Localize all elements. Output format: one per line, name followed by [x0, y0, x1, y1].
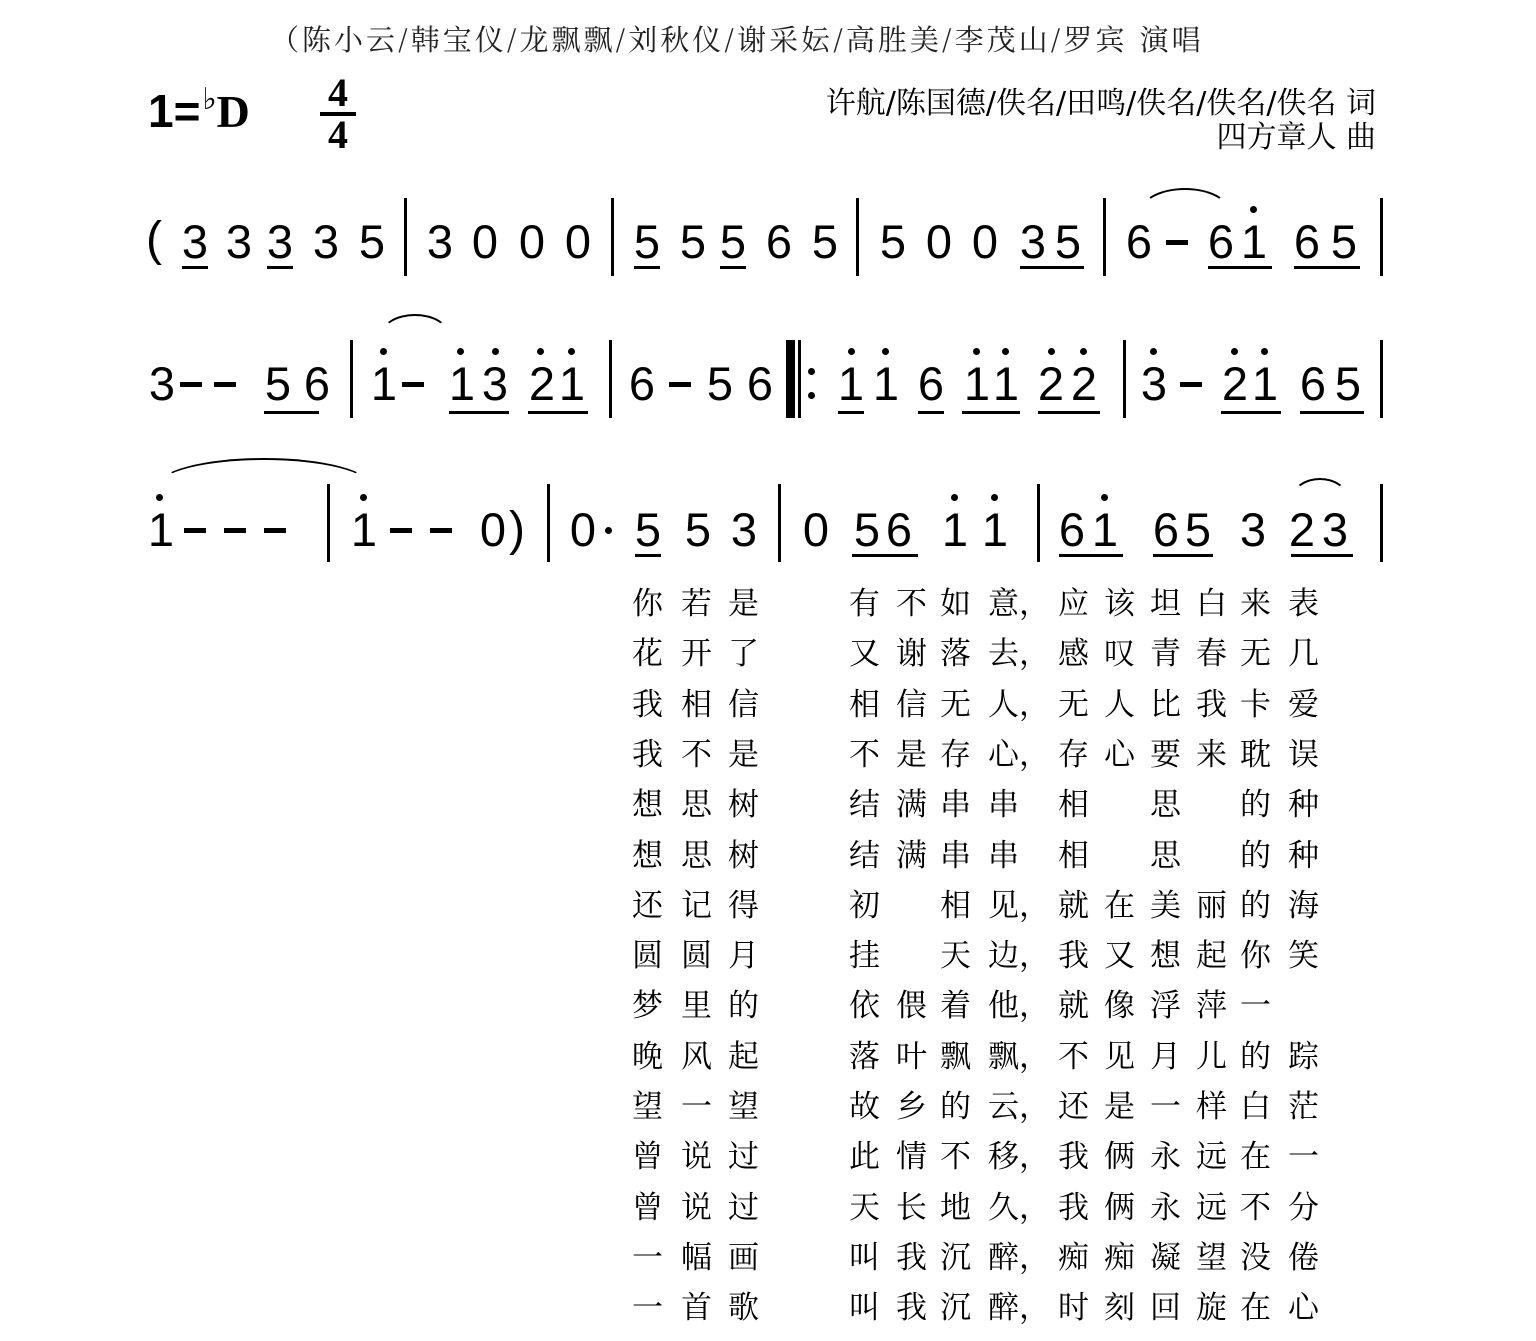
- barline: [547, 484, 550, 562]
- note: 3: [265, 218, 295, 265]
- underline: [264, 411, 319, 414]
- lyric-char: 永: [1150, 1182, 1181, 1227]
- note: 3: [729, 506, 759, 553]
- note: 3: [311, 218, 341, 265]
- lyric-char: 花: [632, 628, 663, 673]
- lyric-char: 相: [940, 880, 971, 925]
- note: 0: [801, 506, 831, 553]
- note: 2: [527, 360, 557, 407]
- lyric-char: 幅: [681, 1232, 712, 1277]
- underline: [449, 411, 509, 414]
- lyric-char: 茫: [1288, 1081, 1319, 1126]
- barline: [327, 484, 330, 562]
- high-octave-dot: [973, 348, 980, 355]
- underline: [962, 411, 1020, 414]
- lyric-char: 叫: [849, 1282, 880, 1327]
- note: 0: [478, 506, 508, 553]
- note: 5: [852, 506, 882, 553]
- lyric-char: 刻: [1104, 1282, 1135, 1327]
- lyric-char: 踪: [1288, 1031, 1319, 1076]
- lyric-char: 初: [849, 880, 880, 925]
- lyric-char: 我: [1196, 679, 1227, 724]
- underline: [1221, 411, 1281, 414]
- dash: [264, 528, 286, 533]
- lyric-char: 里: [681, 980, 712, 1025]
- slur: [380, 314, 450, 336]
- note: 3: [1139, 360, 1169, 407]
- composer-credit: 四方章人 曲: [1216, 112, 1376, 156]
- barline: [609, 340, 612, 418]
- lyric-char: 心: [1288, 1282, 1319, 1327]
- note: 0: [517, 218, 547, 265]
- lyric-char: 满: [896, 830, 927, 875]
- lyric-char: 时: [1058, 1282, 1089, 1327]
- augmentation-dot: [605, 527, 612, 534]
- lyric-char: 凝: [1150, 1232, 1181, 1277]
- barline: [1380, 340, 1383, 418]
- lyric-char: 此: [849, 1131, 880, 1176]
- key-tonic: D: [217, 86, 250, 137]
- lyric-char: 着: [940, 980, 971, 1025]
- lyric-char: 种: [1288, 830, 1319, 875]
- underline: [1208, 266, 1272, 269]
- lyric-char: 萍: [1196, 980, 1227, 1025]
- lyric-char: 望: [632, 1081, 663, 1126]
- dash: [1180, 382, 1202, 387]
- lyric-char: 天: [849, 1182, 880, 1227]
- lyric-char: 无: [1058, 679, 1089, 724]
- lyric-char: 他，: [988, 980, 1050, 1025]
- lyric-char: 旋: [1196, 1282, 1227, 1327]
- lyric-char: 无: [940, 679, 971, 724]
- lyric-char: 望: [1196, 1232, 1227, 1277]
- note: 1: [991, 360, 1021, 407]
- lyric-char: 去，: [988, 628, 1050, 673]
- high-octave-dot: [848, 348, 855, 355]
- lyric-char: 想: [632, 830, 663, 875]
- barline: [778, 484, 781, 562]
- lyric-char: 见: [1104, 1031, 1135, 1076]
- time-signature: 4 4: [318, 74, 358, 154]
- lyric-char: 不: [681, 729, 712, 774]
- lyric-char: 不: [896, 578, 927, 623]
- repeat-start-thin-bar: [798, 340, 801, 418]
- dash: [214, 382, 236, 387]
- lyric-char: 思: [681, 830, 712, 875]
- note: 0: [924, 218, 954, 265]
- lyric-char: 思: [1150, 830, 1181, 875]
- lyric-char: 来: [1240, 578, 1271, 623]
- lyric-char: 圆: [632, 930, 663, 975]
- note: 2: [1069, 360, 1099, 407]
- time-denominator: 4: [318, 116, 358, 154]
- note: 6: [1298, 360, 1328, 407]
- high-octave-dot: [991, 494, 998, 501]
- note: 6: [302, 360, 332, 407]
- lyric-char: 的: [1240, 880, 1271, 925]
- note: 2: [1220, 360, 1250, 407]
- lyric-char: 我: [1058, 930, 1089, 975]
- note: 3: [1238, 506, 1268, 553]
- lyric-char: 长: [896, 1182, 927, 1227]
- note: 2: [1287, 506, 1317, 553]
- high-octave-dot: [1150, 348, 1157, 355]
- lyric-char: 在: [1104, 880, 1135, 925]
- lyric-char: 误: [1288, 729, 1319, 774]
- note: 1: [871, 360, 901, 407]
- lyric-char: 该: [1104, 578, 1135, 623]
- key-prefix: 1=: [148, 85, 200, 137]
- lyric-char: 海: [1288, 880, 1319, 925]
- note: 0: [563, 218, 593, 265]
- lyric-char: 爱: [1288, 679, 1319, 724]
- barline: [1123, 340, 1126, 418]
- lyric-char: 相: [849, 679, 880, 724]
- lyric-char: 几: [1288, 628, 1319, 673]
- lyric-char: 一: [1240, 980, 1271, 1025]
- repeat-dot: [808, 392, 815, 399]
- lyric-char: 圆: [681, 930, 712, 975]
- slur: [1140, 188, 1230, 212]
- high-octave-dot: [380, 348, 387, 355]
- note: 6: [884, 506, 914, 553]
- lyric-char: 串: [988, 830, 1019, 875]
- note: 6: [1292, 218, 1322, 265]
- lyric-char: 我: [896, 1232, 927, 1277]
- performers-credit: （陈小云/韩宝仪/龙飘飘/刘秋仪/谢采妘/高胜美/李茂山/罗宾 演唱: [270, 18, 1204, 59]
- note: 1: [1090, 506, 1120, 553]
- note: 5: [1053, 218, 1083, 265]
- note: 1: [349, 506, 379, 553]
- repeat-dot: [808, 368, 815, 375]
- note: 5: [1329, 218, 1359, 265]
- lyric-char: 沉: [940, 1232, 971, 1277]
- lyric-char: 结: [849, 779, 880, 824]
- lyric-char: 一: [681, 1081, 712, 1126]
- lyric-char: 坦: [1150, 578, 1181, 623]
- lyric-char: 过: [728, 1182, 759, 1227]
- lyric-char: 样: [1196, 1081, 1227, 1126]
- high-octave-dot: [457, 348, 464, 355]
- note: 3: [180, 218, 210, 265]
- lyric-char: 信: [728, 679, 759, 724]
- note: 6: [1057, 506, 1087, 553]
- lyric-char: 浮: [1150, 980, 1181, 1025]
- lyric-char: 耽: [1240, 729, 1271, 774]
- lyric-char: 说: [681, 1182, 712, 1227]
- lyric-char: 人: [1104, 679, 1135, 724]
- note: 3: [425, 218, 455, 265]
- dash: [402, 382, 424, 387]
- barline: [404, 198, 407, 276]
- lyric-char: 我: [1058, 1182, 1089, 1227]
- barline: [1103, 198, 1106, 276]
- repeat-start-thick-bar: [786, 340, 795, 418]
- lyric-char: 就: [1058, 880, 1089, 925]
- dash: [224, 528, 246, 533]
- high-octave-dot: [568, 348, 575, 355]
- lyric-char: 是: [728, 729, 759, 774]
- lyric-char: 还: [632, 880, 663, 925]
- high-octave-dot: [1048, 348, 1055, 355]
- lyric-char: 是: [896, 729, 927, 774]
- lyric-char: 的: [1240, 779, 1271, 824]
- lyric-char: 来: [1196, 729, 1227, 774]
- underline: [1300, 411, 1364, 414]
- lyric-char: 丽: [1196, 880, 1227, 925]
- lyric-char: 风: [681, 1031, 712, 1076]
- time-numerator: 4: [318, 74, 358, 112]
- lyric-char: 的: [1240, 830, 1271, 875]
- note: 1: [836, 360, 866, 407]
- lyric-char: 你: [1240, 930, 1271, 975]
- dash: [1166, 240, 1188, 245]
- lyric-char: 久，: [988, 1182, 1050, 1227]
- lyric-char: 叫: [849, 1232, 880, 1277]
- key-signature: 1=♭D: [148, 84, 250, 138]
- note: 1: [557, 360, 587, 407]
- lyric-char: 人，: [988, 679, 1050, 724]
- lyric-char: 梦: [632, 980, 663, 1025]
- underline: [635, 554, 661, 557]
- lyric-char: 天: [940, 930, 971, 975]
- high-octave-dot: [360, 494, 367, 501]
- lyric-char: 相: [681, 679, 712, 724]
- lyric-char: 我: [632, 679, 663, 724]
- lyric-char: 白: [1240, 1081, 1271, 1126]
- lyric-char: 故: [849, 1081, 880, 1126]
- note: 5: [1333, 360, 1363, 407]
- lyric-char: 月: [1150, 1031, 1181, 1076]
- lyric-char: 不: [940, 1131, 971, 1176]
- lyric-char: 无: [1240, 628, 1271, 673]
- tie: [157, 458, 371, 486]
- lyric-char: 地: [940, 1182, 971, 1227]
- note: 6: [1151, 506, 1181, 553]
- barline: [611, 198, 614, 276]
- lyric-char: 边，: [988, 930, 1050, 975]
- lyric-char: 满: [896, 779, 927, 824]
- lyric-char: 串: [988, 779, 1019, 824]
- lyric-char: 在: [1240, 1131, 1271, 1176]
- barline: [1037, 484, 1040, 562]
- barline: [1380, 198, 1383, 276]
- lyric-char: 我: [632, 729, 663, 774]
- note: 1: [447, 360, 477, 407]
- underline: [1020, 266, 1084, 269]
- lyric-char: 心，: [988, 729, 1050, 774]
- lyric-char: 心: [1104, 729, 1135, 774]
- note: 5: [718, 218, 748, 265]
- lyric-char: 卡: [1240, 679, 1271, 724]
- high-octave-dot: [1080, 348, 1087, 355]
- lyric-char: 记: [681, 880, 712, 925]
- note: 6: [1206, 218, 1236, 265]
- lyric-char: 表: [1288, 578, 1319, 623]
- high-octave-dot: [1261, 348, 1268, 355]
- note: 6: [916, 360, 946, 407]
- dash: [669, 382, 691, 387]
- lyric-char: 远: [1196, 1131, 1227, 1176]
- note: 6: [1124, 218, 1154, 265]
- note: 5: [1183, 506, 1213, 553]
- lyric-char: 望: [728, 1081, 759, 1126]
- underline: [1294, 266, 1360, 269]
- underline: [1038, 411, 1100, 414]
- lyric-char: 笑: [1288, 930, 1319, 975]
- lyric-char: 白: [1196, 578, 1227, 623]
- barline: [1380, 484, 1383, 562]
- flat-icon: ♭: [202, 82, 216, 117]
- lyric-char: 春: [1196, 628, 1227, 673]
- lyric-char: 串: [940, 779, 971, 824]
- lyric-char: 信: [896, 679, 927, 724]
- lyric-char: 比: [1150, 679, 1181, 724]
- lyric-char: 飘，: [988, 1031, 1050, 1076]
- lyric-char: 青: [1150, 628, 1181, 673]
- lyric-char: 树: [728, 830, 759, 875]
- lyric-char: 存: [1058, 729, 1089, 774]
- lyric-char: 见，: [988, 880, 1050, 925]
- lyric-char: 移，: [988, 1131, 1050, 1176]
- lyric-char: 想: [632, 779, 663, 824]
- lyric-char: 晚: [632, 1031, 663, 1076]
- note: 1: [369, 360, 399, 407]
- note: 0: [568, 506, 598, 553]
- high-octave-dot: [951, 494, 958, 501]
- lyric-char: 痴: [1058, 1232, 1089, 1277]
- lyric-char: 依: [849, 980, 880, 1025]
- underline: [1291, 554, 1353, 557]
- lyric-char: 的: [728, 980, 759, 1025]
- note: 5: [357, 218, 387, 265]
- dash: [390, 528, 412, 533]
- note: 0: [470, 218, 500, 265]
- lyric-char: 倦: [1288, 1232, 1319, 1277]
- lyric-char: 有: [849, 578, 880, 623]
- lyric-char: 思: [1150, 779, 1181, 824]
- lyric-char: 如: [940, 578, 971, 623]
- lyric-char: 俩: [1104, 1182, 1135, 1227]
- barline: [350, 340, 353, 418]
- lyric-char: 起: [728, 1031, 759, 1076]
- underline: [182, 266, 208, 269]
- lyric-char: 谢: [896, 628, 927, 673]
- lyric-char: 醉，: [988, 1232, 1050, 1277]
- lyric-char: 醉，: [988, 1282, 1050, 1327]
- underline: [852, 554, 918, 557]
- lyric-char: 偎: [896, 980, 927, 1025]
- lyric-char: 情: [896, 1131, 927, 1176]
- lyric-char: 相: [1058, 779, 1089, 824]
- lyric-char: 感: [1058, 628, 1089, 673]
- note: 5: [633, 506, 663, 553]
- lyric-char: 意，: [988, 578, 1050, 623]
- lyric-char: 相: [1058, 830, 1089, 875]
- lyric-char: 一: [632, 1282, 663, 1327]
- lyric-char: 又: [1104, 930, 1135, 975]
- high-octave-dot: [537, 348, 544, 355]
- note: 5: [878, 218, 908, 265]
- lyric-char: 又: [849, 628, 880, 673]
- lyric-char: 我: [1058, 1131, 1089, 1176]
- note: 3: [1018, 218, 1048, 265]
- lyric-char: 首: [681, 1282, 712, 1327]
- barline: [856, 198, 859, 276]
- note: 2: [1036, 360, 1066, 407]
- high-octave-dot: [1250, 206, 1257, 213]
- note: 3: [224, 218, 254, 265]
- note: 6: [745, 360, 775, 407]
- lyric-char: 永: [1150, 1131, 1181, 1176]
- underline: [634, 266, 660, 269]
- lyric-char: 得: [728, 880, 759, 925]
- lyric-char: 儿: [1196, 1031, 1227, 1076]
- lyric-char: 的: [1240, 1031, 1271, 1076]
- lyric-char: 痴: [1104, 1232, 1135, 1277]
- lyric-char: 美: [1150, 880, 1181, 925]
- lyric-char: 树: [728, 779, 759, 824]
- lyric-char: 存: [940, 729, 971, 774]
- lyric-char: 起: [1196, 930, 1227, 975]
- lyric-char: 要: [1150, 729, 1181, 774]
- intro-open-paren: (: [146, 216, 162, 264]
- lyric-char: 挂: [849, 930, 880, 975]
- lyric-char: 想: [1150, 930, 1181, 975]
- lyric-char: 开: [681, 628, 712, 673]
- lyric-char: 歌: [728, 1282, 759, 1327]
- note: 1: [962, 360, 992, 407]
- note: 5: [810, 218, 840, 265]
- lyric-char: 落: [940, 628, 971, 673]
- note: 0: [970, 218, 1000, 265]
- lyric-char: 云，: [988, 1081, 1050, 1126]
- lyric-char: 若: [681, 578, 712, 623]
- note: 5: [263, 360, 293, 407]
- lyric-char: 不: [849, 729, 880, 774]
- lyric-char: 是: [1104, 1081, 1135, 1126]
- note: 5: [683, 506, 713, 553]
- lyric-char: 远: [1196, 1182, 1227, 1227]
- lyric-char: 画: [728, 1232, 759, 1277]
- lyric-char: 分: [1288, 1182, 1319, 1227]
- high-octave-dot: [492, 348, 499, 355]
- lyric-char: 过: [728, 1131, 759, 1176]
- lyric-char: 是: [728, 578, 759, 623]
- high-octave-dot: [156, 494, 163, 501]
- note: 6: [627, 360, 657, 407]
- lyric-char: 种: [1288, 779, 1319, 824]
- note: 5: [632, 218, 662, 265]
- lyric-char: 落: [849, 1031, 880, 1076]
- intro-close-paren: ): [509, 506, 525, 554]
- high-octave-dot: [1101, 494, 1108, 501]
- lyric-char: 还: [1058, 1081, 1089, 1126]
- lyric-char: 思: [681, 779, 712, 824]
- lyric-char: 像: [1104, 980, 1135, 1025]
- note: 1: [1250, 360, 1280, 407]
- lyric-char: 沉: [940, 1282, 971, 1327]
- lyric-char: 一: [1150, 1081, 1181, 1126]
- note: 6: [764, 218, 794, 265]
- high-octave-dot: [1002, 348, 1009, 355]
- underline: [528, 411, 588, 414]
- dash: [180, 382, 202, 387]
- lyric-char: 回: [1150, 1282, 1181, 1327]
- lyric-char: 一: [1288, 1131, 1319, 1176]
- lyric-char: 曾: [632, 1182, 663, 1227]
- lyric-char: 我: [896, 1282, 927, 1327]
